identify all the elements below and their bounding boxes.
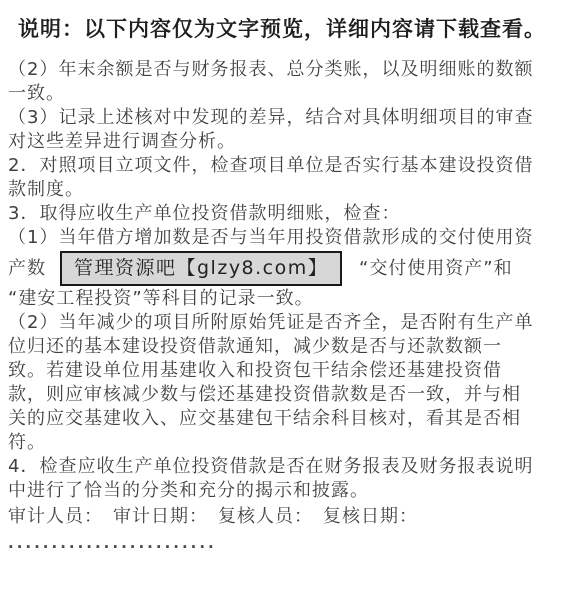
text-line: 关的应交基建收入、应交基建包干结余科目核对，看其是否相: [8, 407, 570, 431]
document-preview-page: 说明：以下内容仅为文字预览，详细内容请下载查看。 （2）年末余额是否与财务报表、…: [0, 0, 578, 600]
text-line: 对这些差异进行调查分析。: [8, 130, 570, 154]
document-body: （2）年末余额是否与财务报表、总分类账，以及明细账的数额 一致。 （3）记录上述…: [0, 42, 578, 553]
text-before-watermark: 产数: [8, 257, 46, 281]
watermark-badge: 管理资源吧【glzy8.com】: [60, 251, 342, 286]
text-line: （1）当年借方增加数是否与当年用投资借款形成的交付使用资: [8, 226, 570, 250]
text-line: “建安工程投资”等科目的记录一致。: [8, 287, 570, 311]
text-line: 致。若建设单位用基建收入和投资包干结余偿还基建投资借: [8, 359, 570, 383]
text-line: 4．检查应收生产单位投资借款是否在财务报表及财务报表说明: [8, 455, 570, 479]
text-line: 2．对照项目立项文件，检查项目单位是否实行基本建设投资借: [8, 154, 570, 178]
signature-line: 审计人员： 审计日期： 复核人员： 复核日期：: [8, 505, 570, 529]
watermark-text: 管理资源吧【glzy8.com】: [74, 257, 328, 279]
text-line: 款，则应审核减少数与偿还基建投资借款数是否一致，并与相: [8, 383, 570, 407]
text-line: 位归还的基本建设投资借款通知，减少数是否与还款数额一: [8, 335, 570, 359]
text-line: （2）年末余额是否与财务报表、总分类账，以及明细账的数额: [8, 58, 570, 82]
text-line: 中进行了恰当的分类和充分的揭示和披露。: [8, 479, 570, 503]
text-line: （2）当年减少的项目所附原始凭证是否齐全，是否附有生产单: [8, 311, 570, 335]
dots-line: ........................: [8, 533, 570, 553]
preview-notice-header: 说明：以下内容仅为文字预览，详细内容请下载查看。: [0, 0, 578, 42]
text-line: 款制度。: [8, 178, 570, 202]
text-line: 3．取得应收生产单位投资借款明细账，检查：: [8, 202, 570, 226]
text-line: 符。: [8, 431, 570, 455]
text-after-watermark: “交付使用资产”和: [352, 257, 512, 281]
text-line: 一致。: [8, 82, 570, 106]
watermark-line: 产数 管理资源吧【glzy8.com】 “交付使用资产”和: [8, 250, 570, 287]
text-line: （3）记录上述核对中发现的差异，结合对具体明细项目的审查: [8, 106, 570, 130]
